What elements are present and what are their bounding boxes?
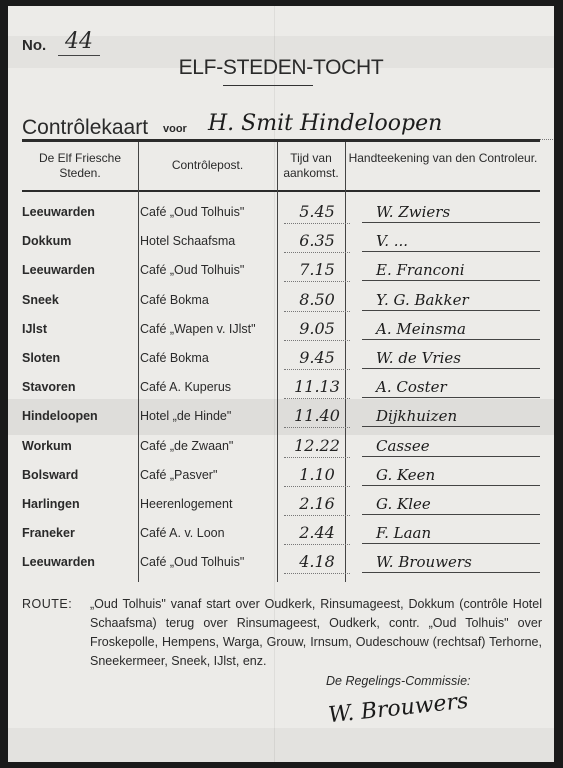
arrival-time-cell: 9.45 — [284, 345, 350, 370]
arrival-time-cell: 9.05 — [284, 316, 350, 341]
control-post-cell: Café „Wapen v. IJlst" — [140, 322, 256, 336]
signature-cell: Dijkhuizen — [362, 403, 540, 427]
table-row: SlotenCafé Bokma9.45W. de Vries — [22, 345, 540, 373]
control-post-cell: Café „Oud Tolhuis" — [140, 263, 244, 277]
city-cell: Sneek — [22, 293, 59, 307]
signature-cell: W. Zwiers — [362, 199, 540, 223]
signature-cell: G. Keen — [362, 462, 540, 486]
table-row: IJlstCafé „Wapen v. IJlst"9.05A. Meinsma — [22, 316, 540, 344]
committee-signature: W. Brouwers — [327, 689, 469, 729]
voor-label: voor — [163, 123, 187, 135]
table-row: HarlingenHeerenlogement2.16G. Klee — [22, 491, 540, 519]
city-cell: Franeker — [22, 526, 75, 540]
city-cell: Leeuwarden — [22, 555, 95, 569]
control-post-cell: Hotel Schaafsma — [140, 234, 235, 248]
control-post-cell: Hotel „de Hinde" — [140, 409, 231, 423]
arrival-time-cell: 7.15 — [284, 257, 350, 282]
paper-crease-band — [8, 728, 554, 762]
table-row: DokkumHotel Schaafsma6.35V. ... — [22, 228, 540, 256]
control-post-cell: Heerenlogement — [140, 497, 232, 511]
table-top-rule — [22, 139, 540, 142]
control-post-cell: Café Bokma — [140, 351, 209, 365]
city-cell: Dokkum — [22, 234, 71, 248]
route-label: ROUTE: — [22, 597, 72, 611]
city-cell: Workum — [22, 439, 72, 453]
control-post-cell: Café „Oud Tolhuis" — [140, 205, 244, 219]
table-row: LeeuwardenCafé „Oud Tolhuis"5.45W. Zwier… — [22, 199, 540, 227]
arrival-time-cell: 2.16 — [284, 491, 350, 516]
arrival-time-cell: 11.40 — [284, 403, 350, 428]
city-cell: Leeuwarden — [22, 205, 95, 219]
number-value: 44 — [58, 29, 100, 56]
signature-cell: A. Meinsma — [362, 316, 540, 340]
arrival-time-cell: 8.50 — [284, 287, 350, 312]
city-cell: Sloten — [22, 351, 60, 365]
arrival-time-cell: 5.45 — [284, 199, 350, 224]
header-signature: Handteekening van den Controleur. — [348, 151, 538, 166]
title-underline — [223, 85, 313, 86]
header-time: Tijd van aankomst. — [280, 151, 342, 181]
header-bottom-rule — [22, 190, 540, 192]
document-title: ELF-STEDEN-TOCHT — [8, 56, 554, 80]
city-cell: IJlst — [22, 322, 47, 336]
signature-cell: E. Franconi — [362, 257, 540, 281]
table-row: FranekerCafé A. v. Loon2.44F. Laan — [22, 520, 540, 548]
arrival-time-cell: 2.44 — [284, 520, 350, 545]
table-row: LeeuwardenCafé „Oud Tolhuis"4.18W. Brouw… — [22, 549, 540, 577]
signature-cell: G. Klee — [362, 491, 540, 515]
city-cell: Stavoren — [22, 380, 76, 394]
city-cell: Harlingen — [22, 497, 80, 511]
table-row: SneekCafé Bokma8.50Y. G. Bakker — [22, 287, 540, 315]
table-row: HindeloopenHotel „de Hinde"11.40Dijkhuiz… — [22, 403, 540, 431]
control-post-cell: Café A. Kuperus — [140, 380, 231, 394]
table-row: WorkumCafé „de Zwaan"12.22Cassee — [22, 433, 540, 461]
arrival-time-cell: 1.10 — [284, 462, 350, 487]
control-post-cell: Café A. v. Loon — [140, 526, 225, 540]
control-post-cell: Café „Pasver" — [140, 468, 217, 482]
header-city: De Elf Friesche Steden. — [22, 151, 138, 181]
signature-cell: W. Brouwers — [362, 549, 540, 573]
arrival-time-cell: 6.35 — [284, 228, 350, 253]
signature-cell: Y. G. Bakker — [362, 287, 540, 311]
number-label: No. — [22, 37, 46, 54]
signature-cell: W. de Vries — [362, 345, 540, 369]
control-card: No. 44 ELF-STEDEN-TOCHT Contrôlekaart vo… — [8, 6, 554, 762]
route-text: „Oud Tolhuis" vanaf start over Oudkerk, … — [90, 595, 542, 671]
city-cell: Bolsward — [22, 468, 78, 482]
signature-cell: F. Laan — [362, 520, 540, 544]
control-post-cell: Café „de Zwaan" — [140, 439, 233, 453]
arrival-time-cell: 12.22 — [284, 433, 350, 458]
city-cell: Hindeloopen — [22, 409, 98, 423]
signature-cell: V. ... — [362, 228, 540, 252]
participant-name: H. Smit Hindeloopen — [196, 109, 553, 140]
control-post-cell: Café Bokma — [140, 293, 209, 307]
table-row: LeeuwardenCafé „Oud Tolhuis"7.15E. Franc… — [22, 257, 540, 285]
header-post: Contrôlepost. — [138, 158, 277, 173]
control-post-cell: Café „Oud Tolhuis" — [140, 555, 244, 569]
arrival-time-cell: 4.18 — [284, 549, 350, 574]
arrival-time-cell: 11.13 — [284, 374, 350, 399]
controlekaart-label: Contrôlekaart — [22, 116, 148, 140]
signature-cell: Cassee — [362, 433, 540, 457]
table-row: StavorenCafé A. Kuperus11.13A. Coster — [22, 374, 540, 402]
city-cell: Leeuwarden — [22, 263, 95, 277]
table-row: BolswardCafé „Pasver"1.10G. Keen — [22, 462, 540, 490]
signature-cell: A. Coster — [362, 374, 540, 398]
committee-label: De Regelings-Commissie: — [326, 674, 471, 688]
